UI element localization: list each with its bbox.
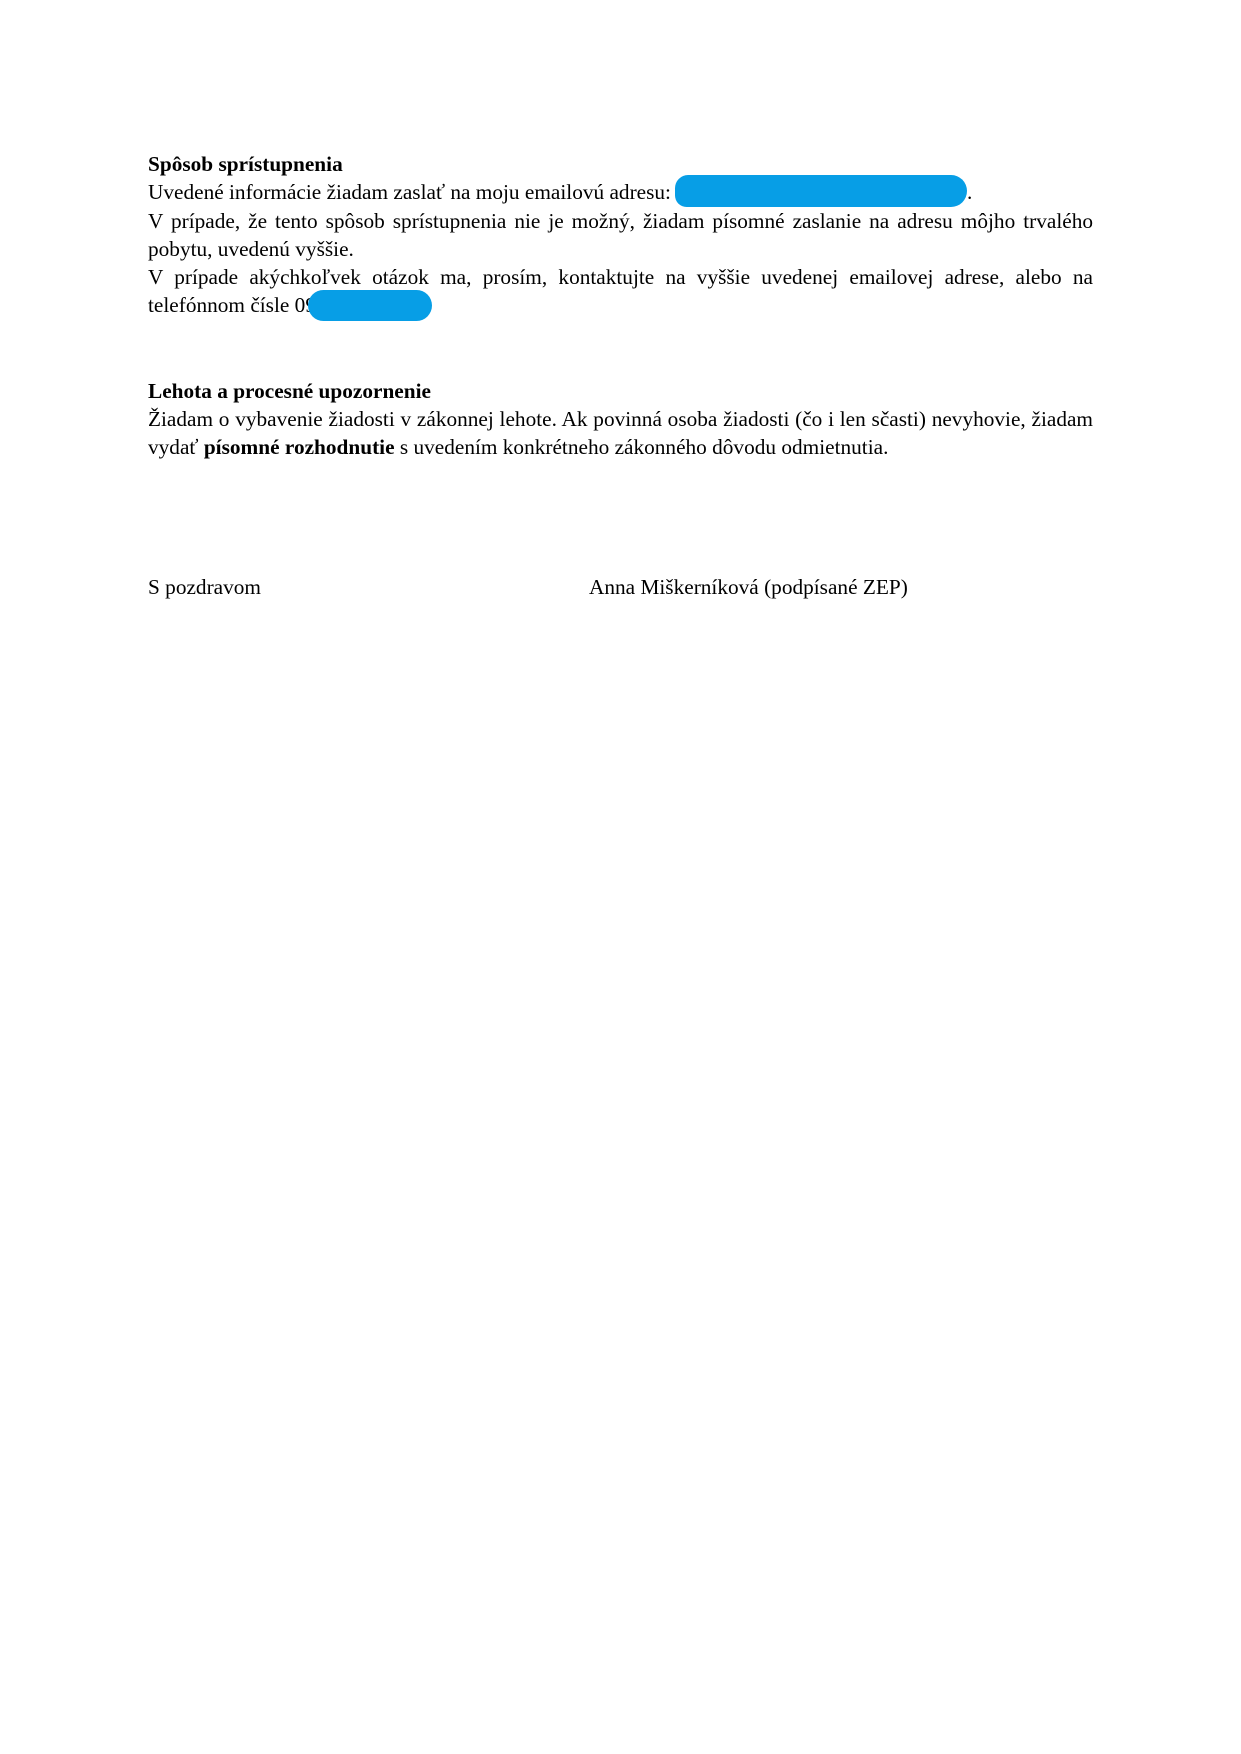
contact-paragraph: V prípade akýchkoľvek otázok ma, prosím,… — [148, 263, 1093, 321]
section-deadline: Lehota a procesné upozornenie Žiadam o v… — [148, 377, 1093, 461]
section-heading: Spôsob sprístupnenia — [148, 150, 1093, 178]
deadline-text-2: s uvedením konkrétneho zákonného dôvodu … — [395, 435, 889, 459]
section-heading: Lehota a procesné upozornenie — [148, 377, 1093, 405]
email-request-line: Uvedené informácie žiadam zaslať na moju… — [148, 178, 1093, 207]
closing: S pozdravom Anna Miškerníková (podpísané… — [148, 573, 1093, 601]
spacer — [148, 461, 1093, 573]
section-access-method: Spôsob sprístupnenia Uvedené informácie … — [148, 150, 1093, 321]
deadline-emphasis: písomné rozhodnutie — [204, 435, 395, 459]
email-request-text: Uvedené informácie žiadam zaslať na moju… — [148, 180, 671, 204]
email-request-suffix: . — [967, 180, 972, 204]
redacted-phone-mark — [308, 290, 432, 321]
contact-text: V prípade akýchkoľvek otázok ma, prosím,… — [148, 265, 1093, 317]
redacted-email-mark — [675, 175, 967, 207]
deadline-paragraph: Žiadam o vybavenie žiadosti v zákonnej l… — [148, 405, 1093, 461]
postal-fallback-paragraph: V prípade, že tento spôsob sprístupnenia… — [148, 207, 1093, 263]
signature: Anna Miškerníková (podpísané ZEP) — [589, 573, 908, 601]
greeting: S pozdravom — [148, 573, 261, 601]
document-page: Spôsob sprístupnenia Uvedené informácie … — [148, 150, 1093, 601]
spacer — [148, 321, 1093, 377]
